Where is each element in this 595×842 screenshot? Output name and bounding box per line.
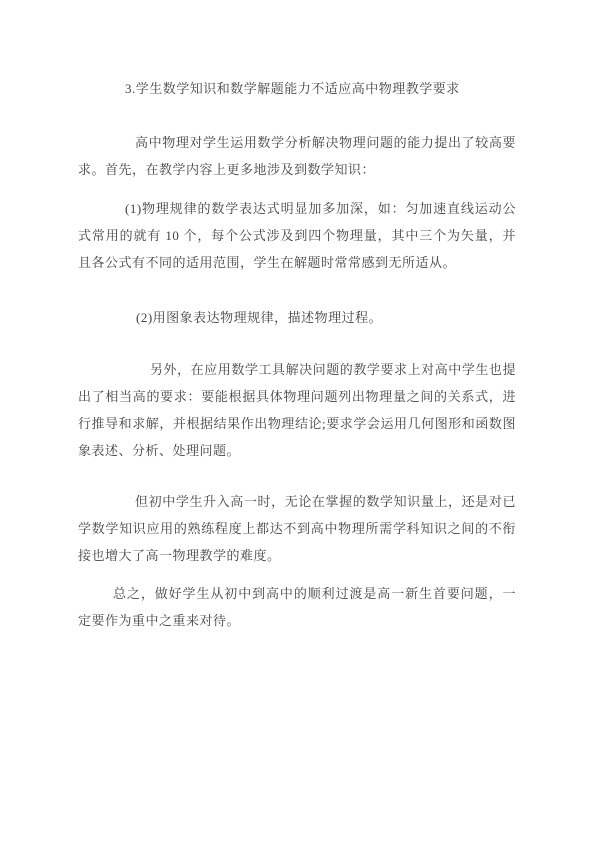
paragraph-student-gap: 但初中学生升入高一时，无论在掌握的数学知识量上，还是对已学数学知识应用的熟练程度… — [78, 488, 516, 569]
paragraph-additional-requirements: 另外，在应用数学工具解决问题的教学要求上对高中学生也提出了相当高的要求：要能根据… — [78, 356, 516, 464]
paragraph-intro: 高中物理对学生运用数学分析解决物理问题的能力提出了较高要求。首先，在教学内容上更… — [78, 129, 516, 183]
paragraph-point-1: (1)物理规律的数学表达式明显加多加深，如：匀加速直线运动公式常用的就有 10 … — [78, 195, 516, 276]
paragraph-summary: 总之，做好学生从初中到高中的顺利过渡是高一新生首要问题，一定要作为重中之重来对待… — [78, 580, 516, 634]
paragraph-point-2: (2)用图象表达物理规律，描述物理过程。 — [78, 304, 516, 331]
document-page: 3.学生数学知识和数学解题能力不适应高中物理教学要求 高中物理对学生运用数学分析… — [0, 0, 595, 842]
text-block: 3.学生数学知识和数学解题能力不适应高中物理教学要求 高中物理对学生运用数学分析… — [78, 0, 516, 634]
section-heading: 3.学生数学知识和数学解题能力不适应高中物理教学要求 — [78, 75, 516, 102]
